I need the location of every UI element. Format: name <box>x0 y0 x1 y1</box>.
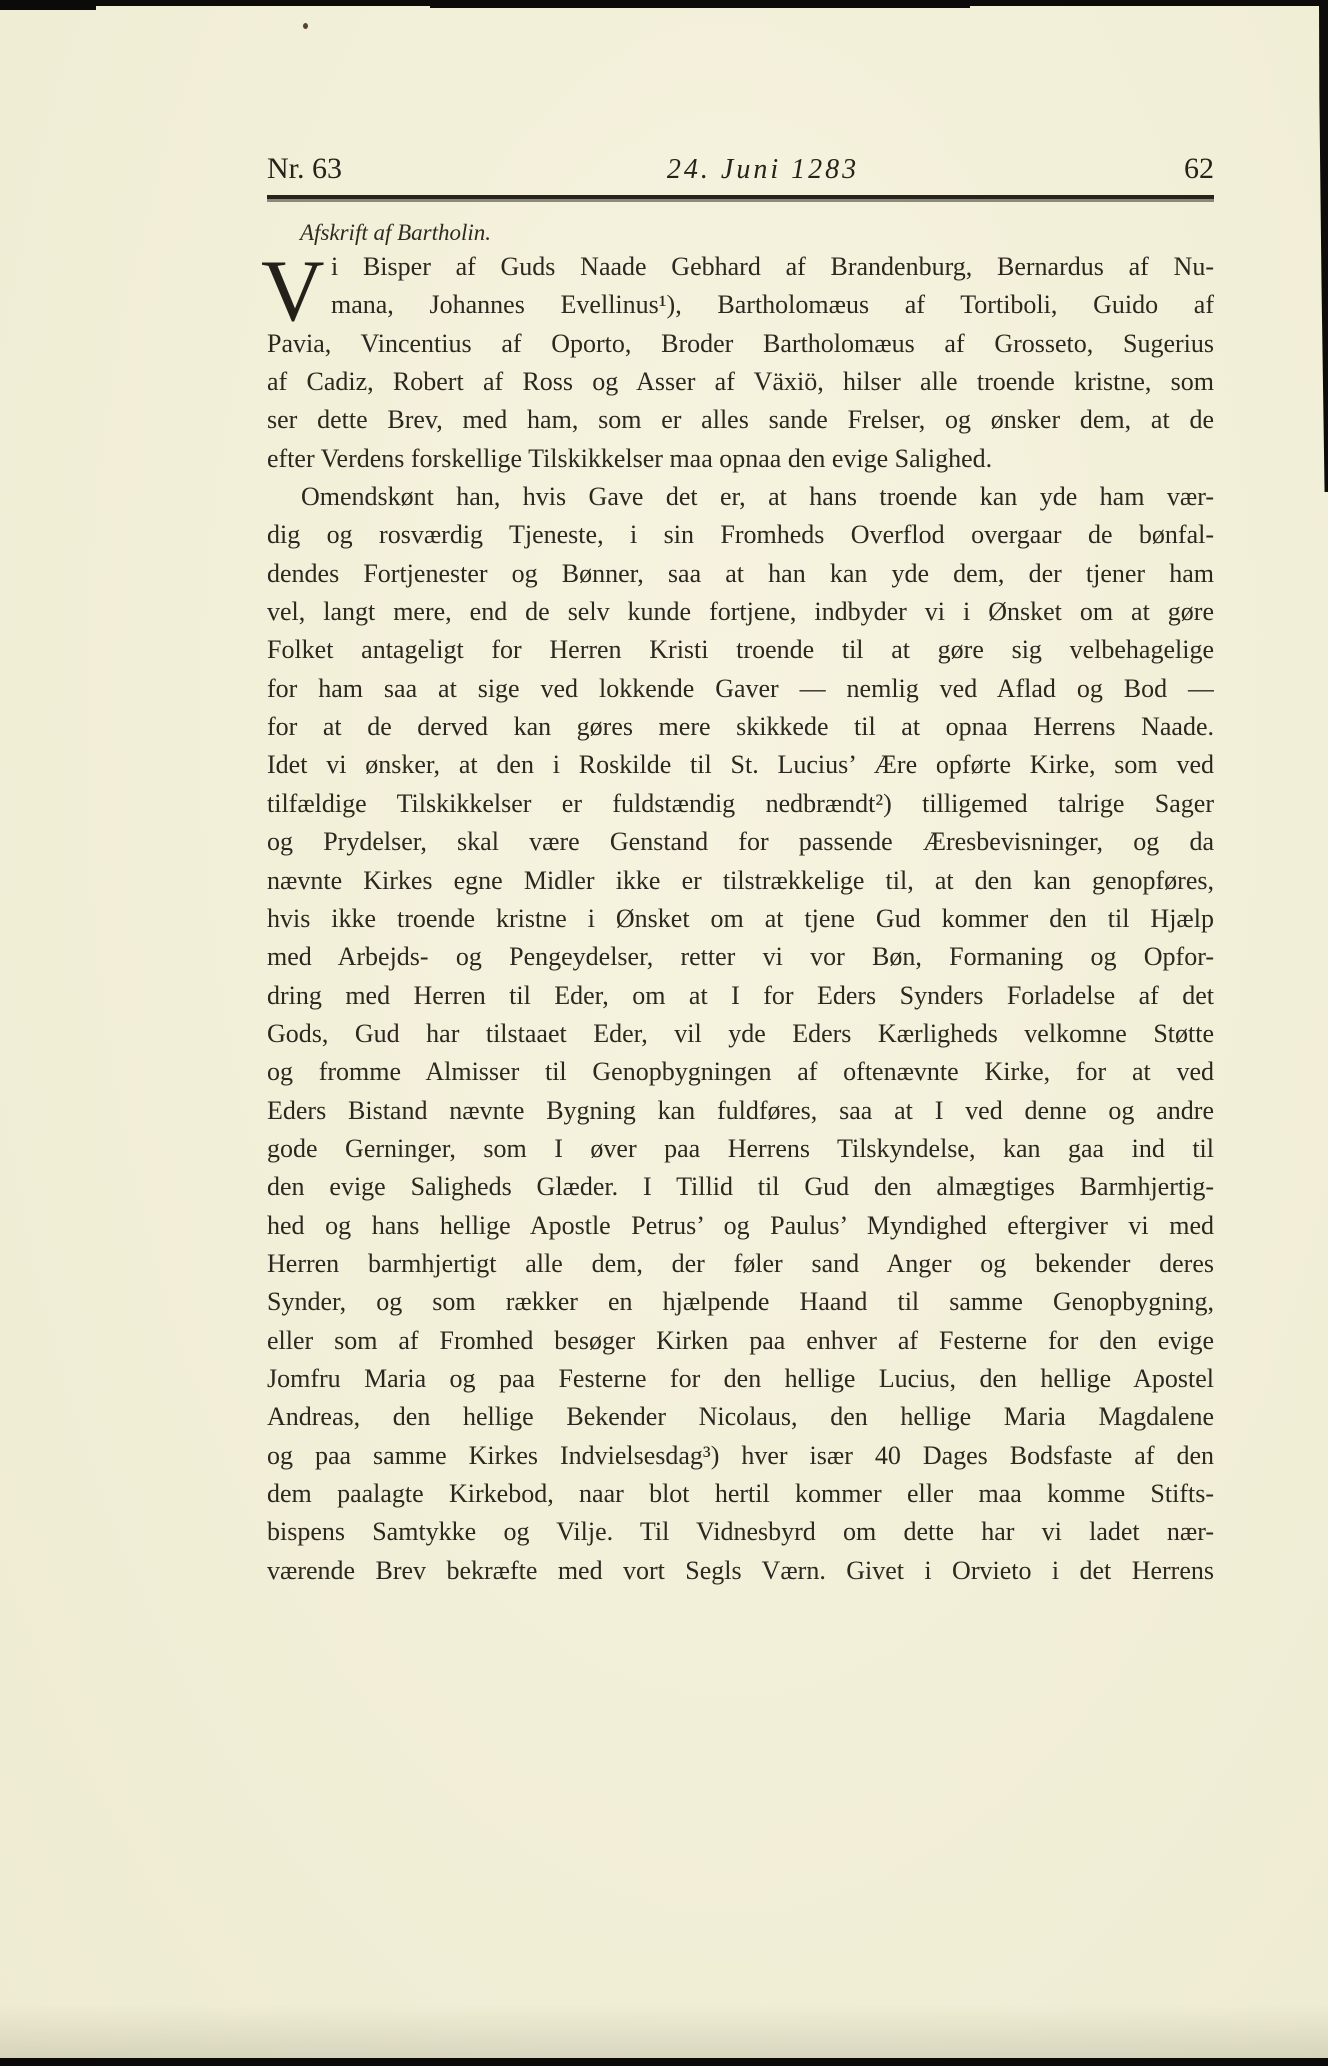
body-line: hvis ikke troende kristne i Ønsket om at… <box>267 900 1214 938</box>
body-line: for ham saa at sige ved lokkende Gaver —… <box>267 670 1214 708</box>
page-header: Nr. 63 24. Juni 1283 62 <box>267 152 1214 187</box>
body-line: for at de derved kan gøres mere skikkede… <box>267 708 1214 746</box>
scan-edge-right <box>1319 0 1328 492</box>
body-line: med Arbejds- og Pengeydelser, retter vi … <box>267 938 1214 976</box>
body-line: tilfældige Tilskikkelser er fuldstændig … <box>267 785 1214 823</box>
body-line: ser dette Brev, med ham, som er alles sa… <box>267 401 1214 439</box>
header-rule <box>267 195 1214 199</box>
body-line: dig og rosværdig Tjeneste, i sin Fromhed… <box>267 516 1214 554</box>
body-line: Gods, Gud har tilstaaet Eder, vil yde Ed… <box>267 1015 1214 1053</box>
body-line: værende Brev bekræfte med vort Segls Vær… <box>267 1552 1214 1590</box>
body-line: vel, langt mere, end de selv kunde fortj… <box>267 593 1214 631</box>
body-line: Omendskønt han, hvis Gave det er, at han… <box>267 478 1214 516</box>
body-line: Pavia, Vincentius af Oporto, Broder Bart… <box>267 325 1214 363</box>
body-line: Synder, og som rækker en hjælpende Haand… <box>267 1283 1214 1321</box>
body-line: den evige Saligheds Glæder. I Tillid til… <box>267 1168 1214 1206</box>
body-line: dendes Fortjenester og Bønner, saa at ha… <box>267 555 1214 593</box>
body-line: og fromme Almisser til Genopbygningen af… <box>267 1053 1214 1091</box>
body-line: Andreas, den hellige Bekender Nicolaus, … <box>267 1398 1214 1436</box>
body-line: bispens Samtykke og Vilje. Til Vidnesbyr… <box>267 1513 1214 1551</box>
body-line: i Bisper af Guds Naade Gebhard af Brande… <box>267 248 1214 286</box>
body-line: dem paalagte Kirkebod, naar blot hertil … <box>267 1475 1214 1513</box>
body-line: Idet vi ønsker, at den i Roskilde til St… <box>267 746 1214 784</box>
body-text: V i Bisper af Guds Naade Gebhard af Bran… <box>267 248 1214 1590</box>
document-number: Nr. 63 <box>267 152 342 186</box>
body-line: gode Gerninger, som I øver paa Herrens T… <box>267 1130 1214 1168</box>
scan-edge-bottom <box>0 2058 1328 2066</box>
scan-edge-top-mid <box>430 0 970 8</box>
body-line: af Cadiz, Robert af Ross og Asser af Väx… <box>267 363 1214 401</box>
body-line: Folket antageligt for Herren Kristi troe… <box>267 631 1214 669</box>
ink-speck <box>303 23 308 29</box>
scan-bottom-shadow <box>0 2004 1328 2058</box>
body-line: Jomfru Maria og paa Festerne for den hel… <box>267 1360 1214 1398</box>
body-line: Herren barmhjertigt alle dem, der føler … <box>267 1245 1214 1283</box>
drop-cap: V <box>261 248 325 336</box>
scanned-document-page: Nr. 63 24. Juni 1283 62 Afskrift af Bart… <box>0 0 1328 2066</box>
body-line: eller som af Fromhed besøger Kirken paa … <box>267 1322 1214 1360</box>
source-caption: Afskrift af Bartholin. <box>300 220 491 246</box>
page-number: 62 <box>1184 152 1214 186</box>
document-date: 24. Juni 1283 <box>667 153 859 187</box>
scan-edge-top-left <box>0 0 96 10</box>
body-line: mana, Johannes Evellinus¹), Bartholomæus… <box>267 286 1214 324</box>
body-line: Eders Bistand nævnte Bygning kan fuldfør… <box>267 1092 1214 1130</box>
body-line: og Prydelser, skal være Genstand for pas… <box>267 823 1214 861</box>
body-line: og paa samme Kirkes Indvielsesdag³) hver… <box>267 1437 1214 1475</box>
body-line: efter Verdens forskellige Tilskikkelser … <box>267 440 1214 478</box>
body-line: nævnte Kirkes egne Midler ikke er tilstr… <box>267 862 1214 900</box>
body-line: dring med Herren til Eder, om at I for E… <box>267 977 1214 1015</box>
body-line: hed og hans hellige Apostle Petrus’ og P… <box>267 1207 1214 1245</box>
